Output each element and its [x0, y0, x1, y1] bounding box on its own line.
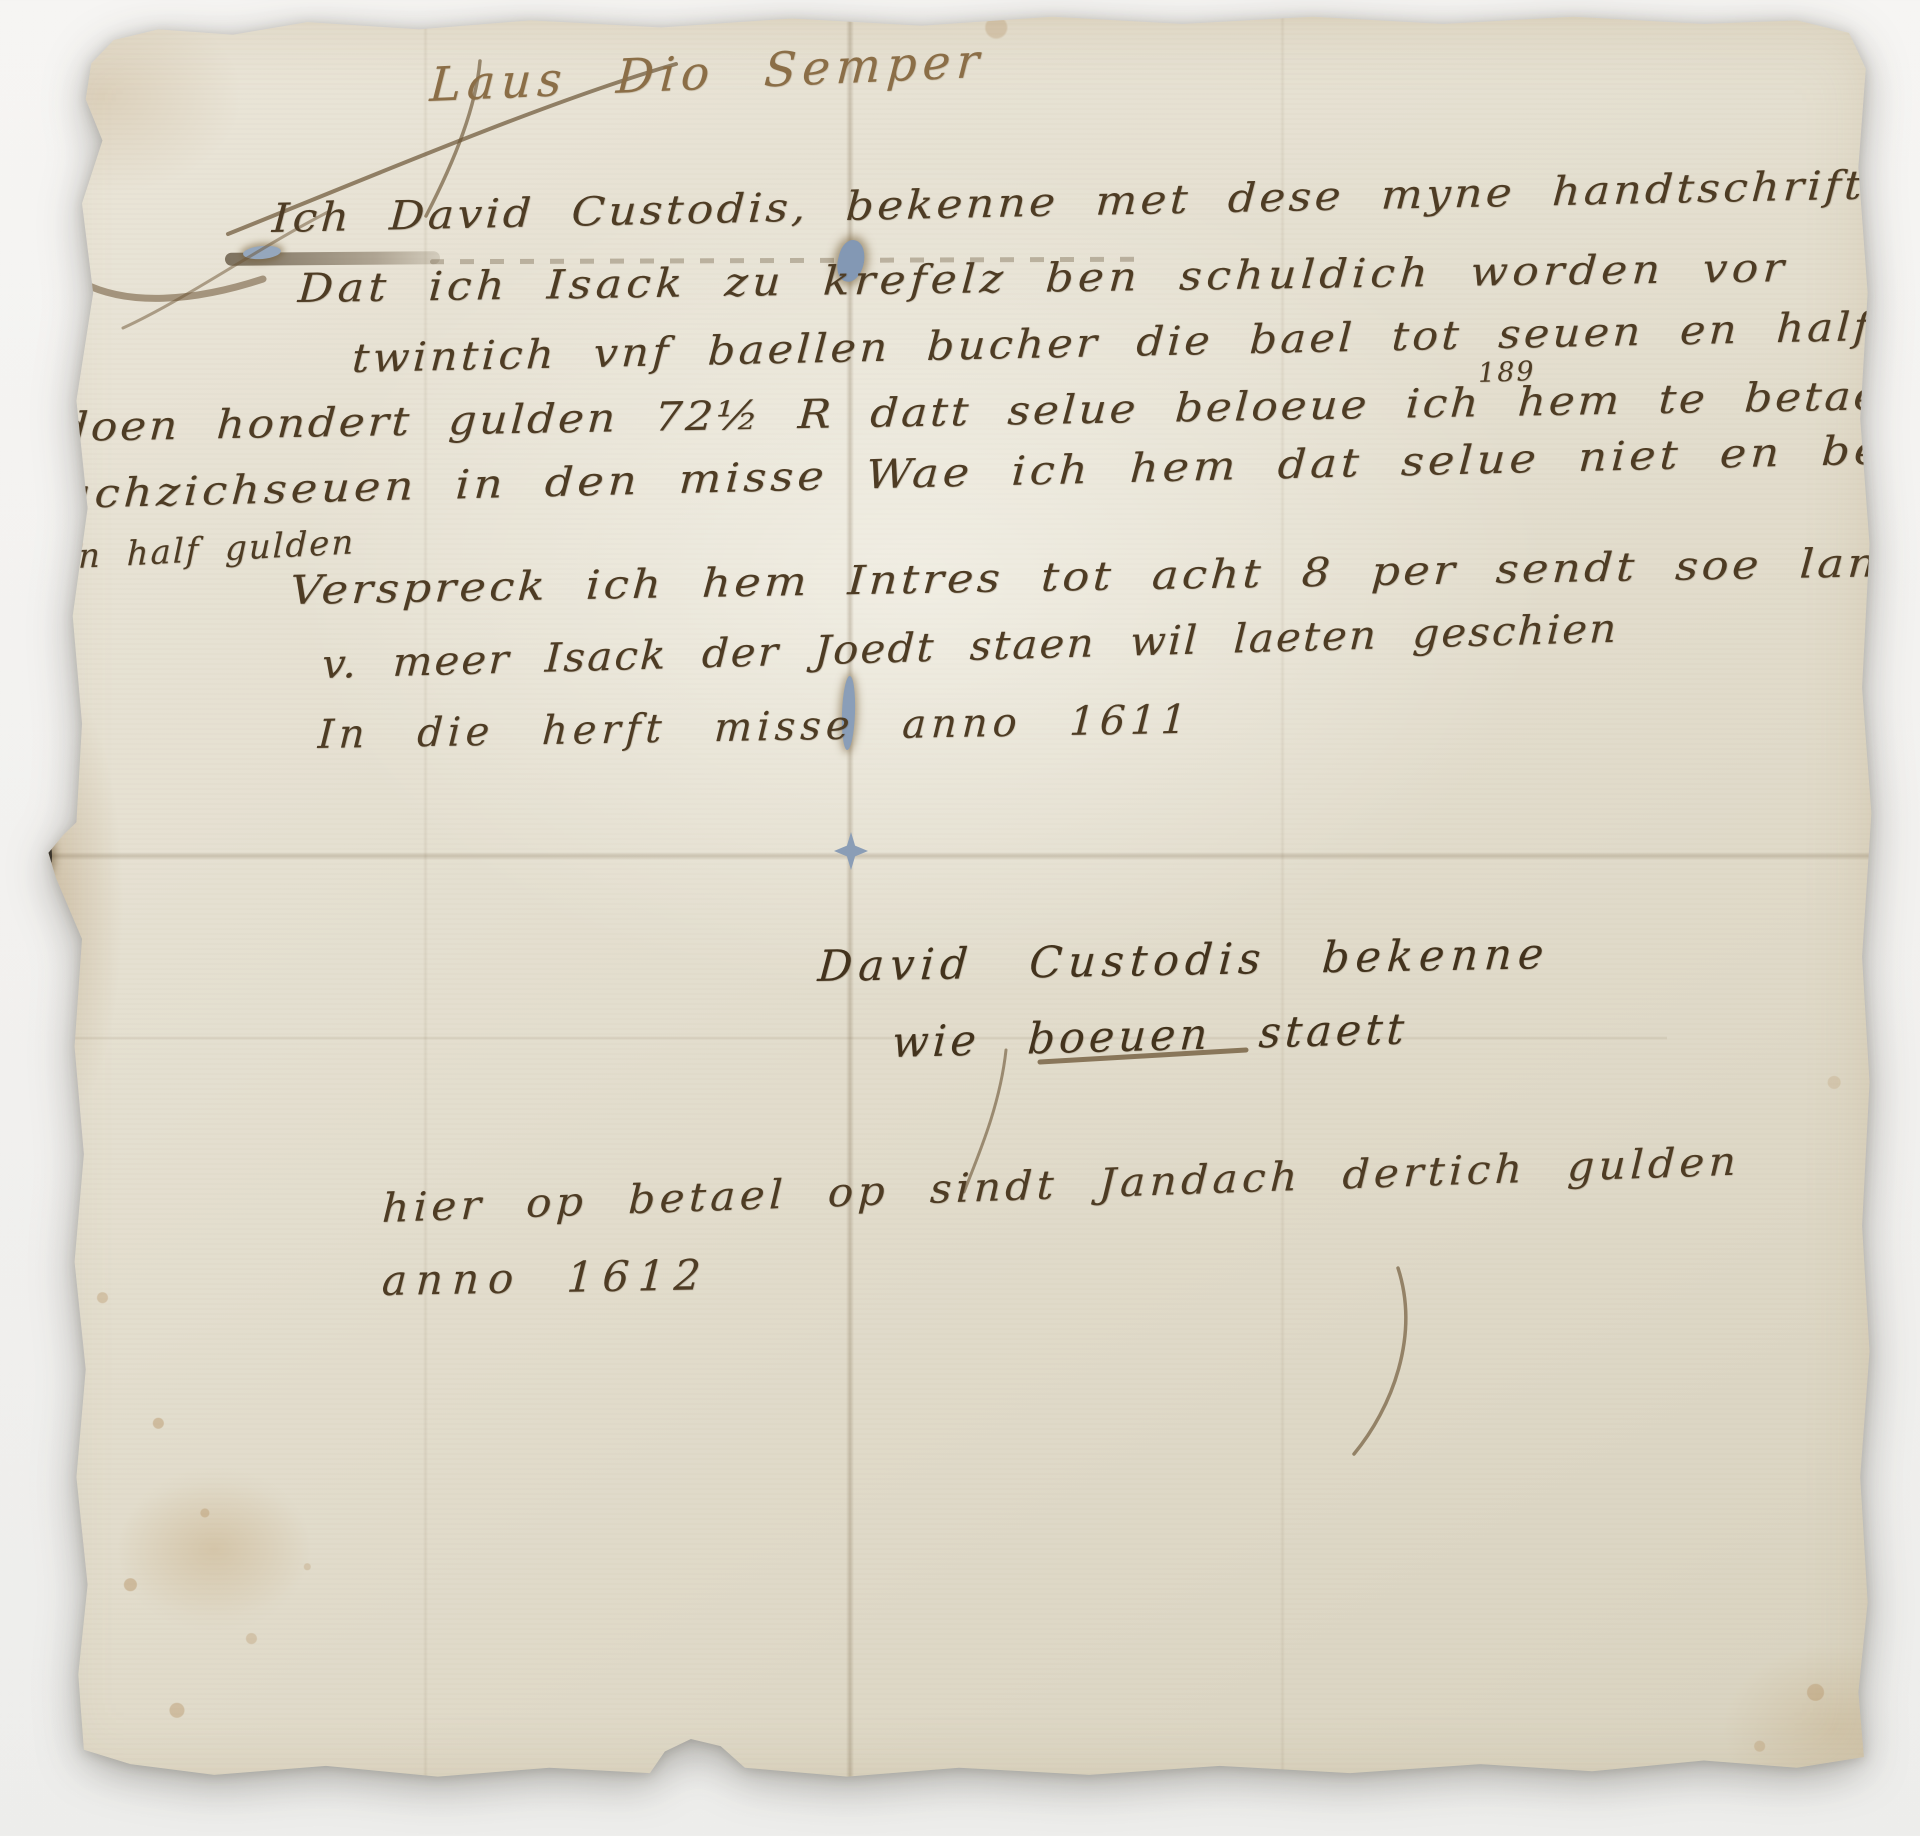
manuscript-line: Ich David Custodis, bekenne met dese myn…	[271, 163, 1866, 242]
signature-line: David Custodis bekenne	[816, 929, 1551, 992]
superscript-number: 189	[1477, 356, 1536, 389]
fold-hole	[243, 244, 282, 260]
manuscript-line: v. meer Isack der Joedt staen wil laeten…	[321, 606, 1619, 688]
edge-tear-hole	[28, 830, 52, 880]
postscript-descender	[1354, 1268, 1406, 1454]
manuscript-paper: Laus Dio Semper Ich David Custodis, beke…	[28, 6, 1890, 1800]
fold-hole	[834, 832, 868, 870]
manuscript-line: twintich vnf baellen bucher die bael tot…	[351, 304, 1874, 382]
postscript-line: hier op betael op sindt Jandach dertich …	[381, 1139, 1741, 1233]
paper-sheet: Laus Dio Semper Ich David Custodis, beke…	[28, 6, 1890, 1800]
faint-horizontal-crease	[28, 1036, 1667, 1040]
postscript-line: anno 1612	[381, 1250, 711, 1305]
manuscript-line: Verspreck ich hem Intres tot acht 8 per …	[289, 540, 1913, 614]
manuscript-line: Dat ich Isack zu krefelz ben schuldich w…	[297, 245, 1790, 312]
horizontal-fold-crease	[28, 852, 1890, 860]
signature-line: wie boeuen staett	[890, 1004, 1409, 1068]
photograph-background: Laus Dio Semper Ich David Custodis, beke…	[0, 0, 1920, 1836]
manuscript-line: In die herft misse anno 1611	[317, 697, 1193, 758]
line2-ink-smear	[83, 279, 263, 298]
document-heading: Laus Dio Semper	[428, 34, 986, 113]
